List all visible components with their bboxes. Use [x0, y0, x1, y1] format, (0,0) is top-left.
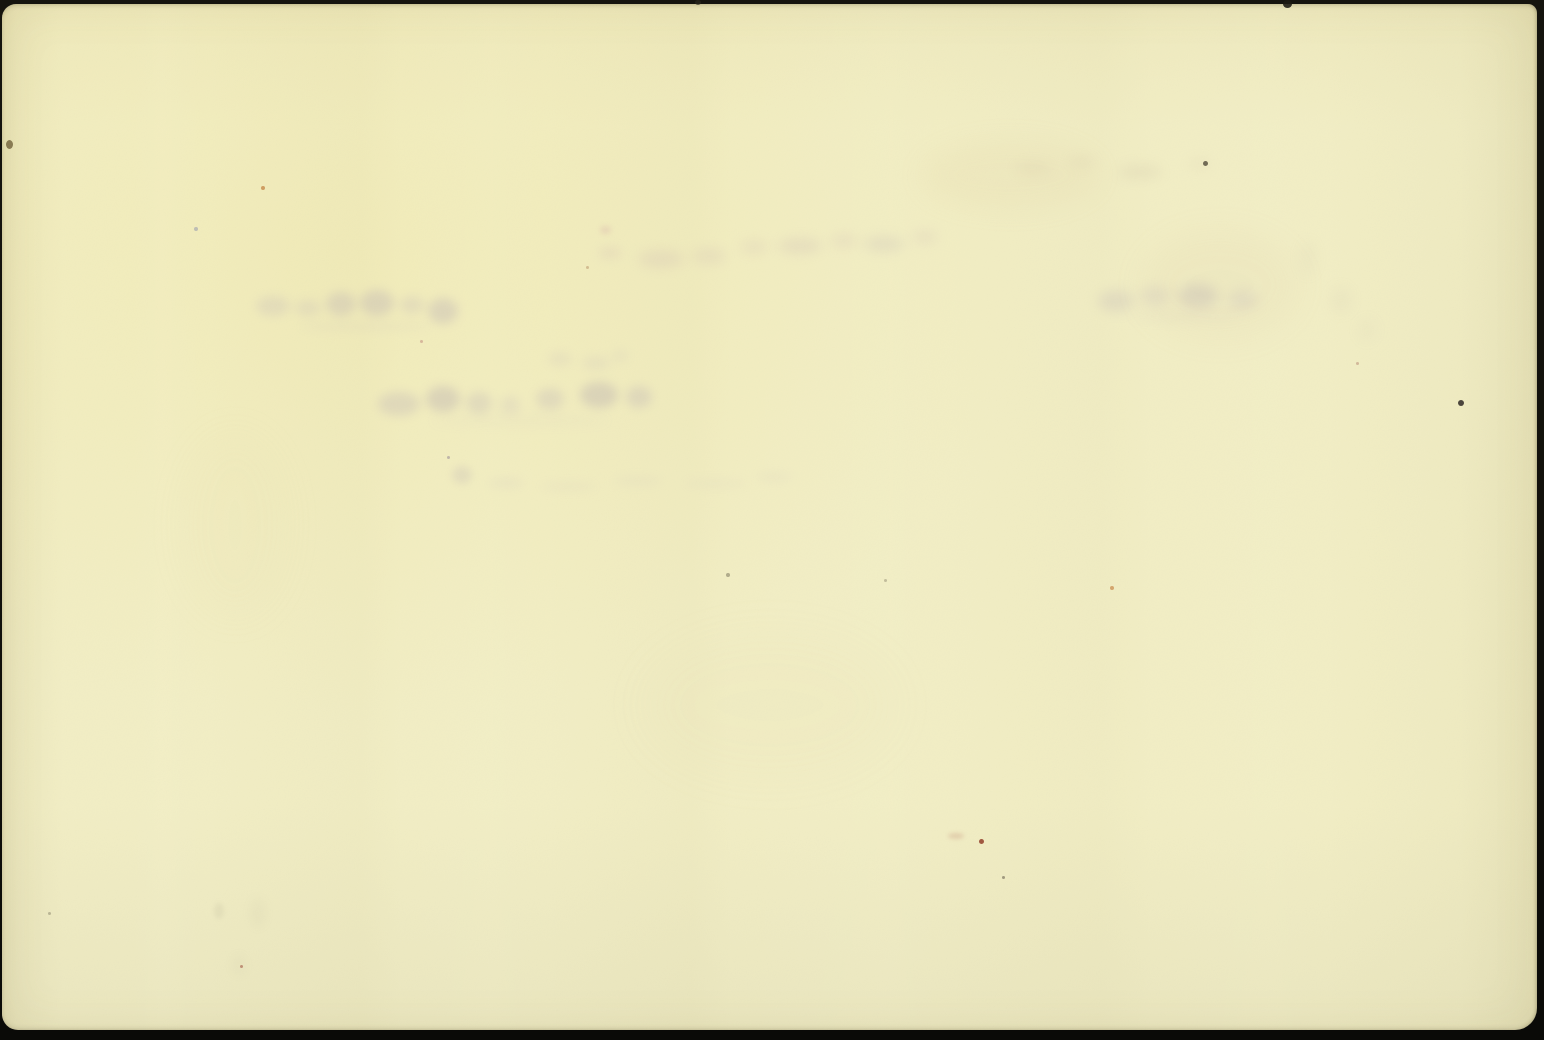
ink-bleed-smudge	[582, 356, 610, 370]
ink-bleed-smudge	[740, 240, 768, 254]
ink-bleed-smudge	[466, 392, 492, 414]
paper-speck	[1110, 586, 1114, 590]
ink-bleed-smudge	[1098, 290, 1134, 312]
ink-bleed-smudge	[295, 300, 321, 316]
paper-speck	[1283, 0, 1292, 8]
ink-bleed-smudge	[1228, 290, 1258, 310]
ink-bleed-smudge	[428, 298, 458, 324]
ink-bleed-smudge	[580, 382, 618, 408]
ink-bleed-smudge	[1140, 230, 1300, 340]
ink-bleed-smudge	[756, 472, 792, 482]
paper-grain-texture	[2, 4, 1537, 1030]
paper-speck	[1356, 362, 1359, 365]
paper-speck	[420, 340, 423, 343]
blank-card	[2, 4, 1537, 1030]
ink-bleed-smudge	[500, 396, 520, 414]
ink-bleed-smudge	[378, 392, 420, 416]
ink-bleed-smudge	[326, 292, 356, 316]
ink-bleed-smudge	[920, 140, 1100, 210]
ink-bleed-smudge	[600, 226, 611, 234]
ink-bleed-smudge	[1300, 240, 1316, 276]
ink-bleed-smudge	[488, 478, 524, 488]
ink-bleed-smudge	[426, 386, 460, 412]
ink-bleed-smudge	[430, 416, 610, 425]
ink-bleed-smudge	[912, 230, 938, 244]
ink-bleed-smudge	[640, 630, 900, 780]
ink-bleed-smudge	[256, 296, 290, 316]
ink-bleed-smudge	[626, 386, 652, 408]
ink-bleed-smudge	[1068, 156, 1096, 168]
ink-bleed-smudge	[614, 476, 662, 486]
ink-bleed-smudge	[548, 352, 572, 366]
ink-bleed-smudge	[638, 250, 684, 268]
ink-bleed-smudge	[684, 479, 748, 488]
ink-bleed-smudge	[612, 350, 628, 362]
paper-speck	[586, 266, 589, 269]
ink-bleed-smudge	[830, 234, 858, 248]
ink-bleed-smudge	[536, 388, 564, 410]
ink-bleed-smudge	[1130, 312, 1240, 321]
ink-bleed-smudge	[360, 290, 394, 316]
ink-bleed-smudge	[598, 246, 622, 260]
ink-bleed-smudge	[1015, 162, 1051, 176]
ink-bleed-smudge	[1330, 286, 1352, 314]
paper-speck	[884, 579, 887, 582]
speck-layer	[2, 4, 1537, 1030]
ink-bleed-smudge	[864, 236, 904, 252]
ink-bleed-smudge	[948, 833, 964, 839]
paper-speck	[48, 912, 51, 915]
ink-bleed-smudge	[400, 296, 424, 314]
ink-bleed-smudge	[180, 430, 290, 620]
paper-speck	[1458, 400, 1464, 406]
ink-bleed-smudge	[540, 482, 596, 491]
ink-bleed-smudge	[1358, 318, 1376, 342]
paper-speck	[695, 0, 701, 5]
paper-speck	[240, 965, 243, 968]
scan-background	[0, 0, 1544, 1040]
ink-bleed-smudge	[1178, 284, 1218, 308]
paper-speck	[447, 456, 450, 459]
paper-speck	[726, 573, 730, 577]
ink-bleed-smudge	[452, 466, 472, 484]
paper-speck	[979, 839, 984, 844]
paper-speck	[1203, 161, 1208, 166]
ink-bleed-smudge	[300, 322, 430, 331]
ink-bleed-smudge	[1118, 164, 1162, 180]
ink-bleed-smudge	[214, 903, 224, 919]
paper-speck	[6, 140, 13, 149]
paper-speck	[261, 186, 265, 190]
ink-bleed-smudge	[1188, 158, 1212, 170]
ink-bleed-layer	[2, 4, 1537, 1030]
ink-bleed-smudge	[778, 238, 822, 254]
ink-bleed-smudge	[250, 898, 266, 928]
ink-bleed-smudge	[232, 954, 246, 976]
ink-bleed-smudge	[692, 248, 726, 264]
ink-bleed-smudge	[1140, 286, 1170, 306]
paper-speck	[1002, 876, 1005, 879]
paper-speck	[194, 227, 198, 231]
